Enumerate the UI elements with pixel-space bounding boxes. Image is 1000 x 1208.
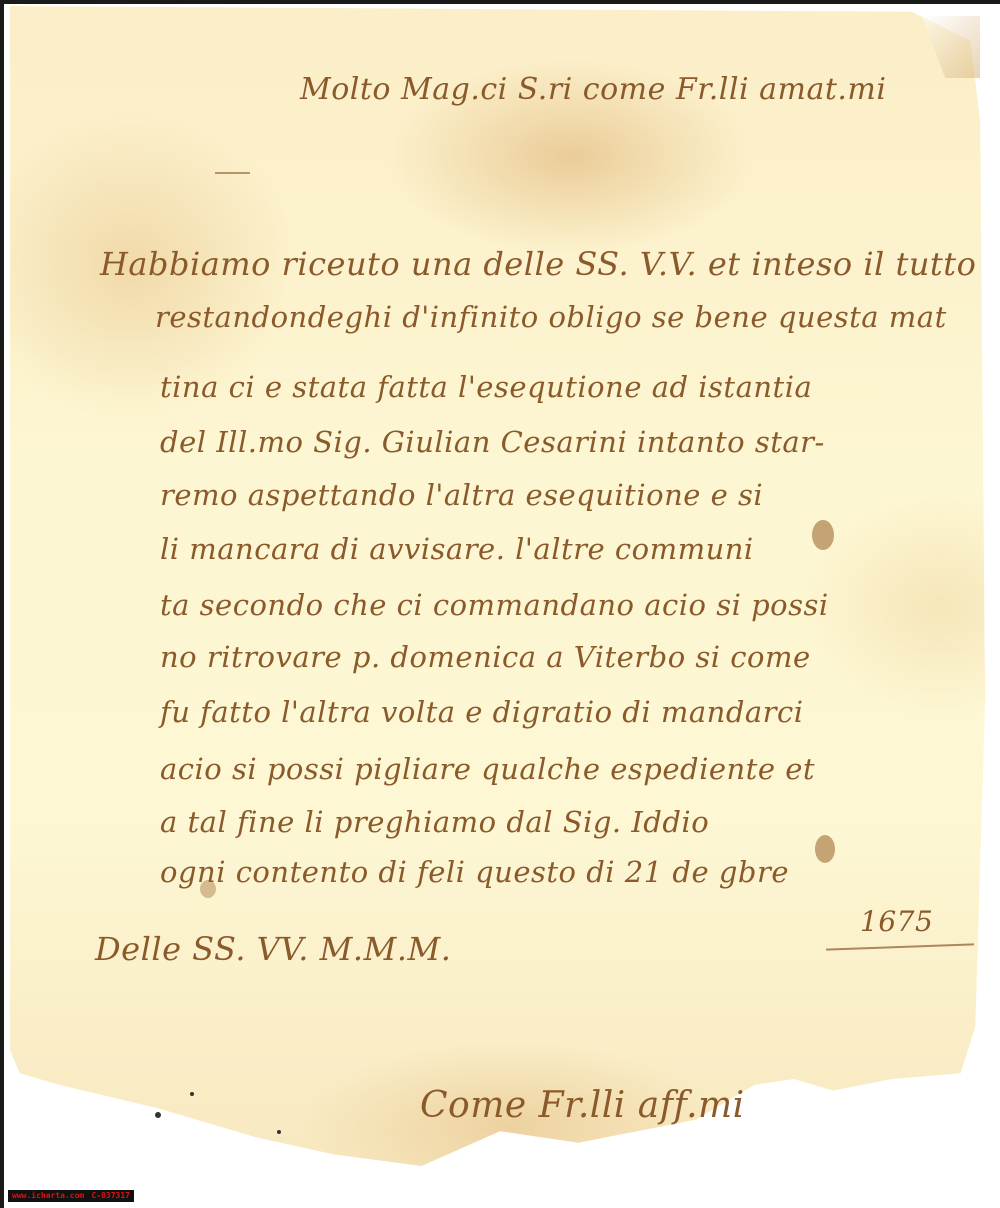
signature: Come Fr.lli aff.mi (420, 1085, 745, 1126)
body-line: ta secondo che ci commandano acio si pos… (160, 588, 829, 622)
salutation: Molto Mag.ci S.ri come Fr.lli amat.mi (300, 72, 886, 107)
body-line: li mancara di avvisare. l'altre communi (160, 532, 754, 566)
scan-border-left (0, 0, 4, 1208)
ink-stain (200, 880, 216, 898)
body-line: Habbiamo riceuto una delle SS. V.V. et i… (100, 245, 976, 283)
body-line: remo aspettando l'altra esequitione e si (160, 478, 763, 512)
watermark-code: C-037317 (91, 1190, 130, 1202)
body-line: no ritrovare p. domenica a Viterbo si co… (160, 640, 811, 674)
body-line: fu fatto l'altra volta e digratio di man… (160, 695, 804, 729)
closing: Delle SS. VV. M.M.M. (95, 930, 451, 968)
body-line: del Ill.mo Sig. Giulian Cesarini intanto… (160, 425, 825, 459)
body-line: restandondeghi d'infinito obligo se bene… (155, 300, 947, 334)
dirt-spot (155, 1112, 161, 1118)
ink-stain (812, 520, 834, 550)
ink-mark (215, 172, 250, 174)
body-line: acio si possi pigliare qualche espedient… (160, 752, 815, 786)
date-year: 1675 (860, 905, 933, 938)
letter-paper (10, 6, 990, 1166)
ink-stain (815, 835, 835, 863)
dirt-spot (190, 1092, 194, 1096)
watermark-site: www.icharta.com (12, 1190, 84, 1202)
watermark-label: www.icharta.com C-037317 (8, 1190, 134, 1202)
body-line: a tal fine li preghiamo dal Sig. Iddio (160, 805, 709, 839)
body-line: ogni contento di feli questo di 21 de gb… (160, 855, 789, 889)
body-line: tina ci e stata fatta l'esequtione ad is… (160, 370, 812, 404)
scan-border-top (0, 0, 1000, 4)
dirt-spot (277, 1130, 281, 1134)
